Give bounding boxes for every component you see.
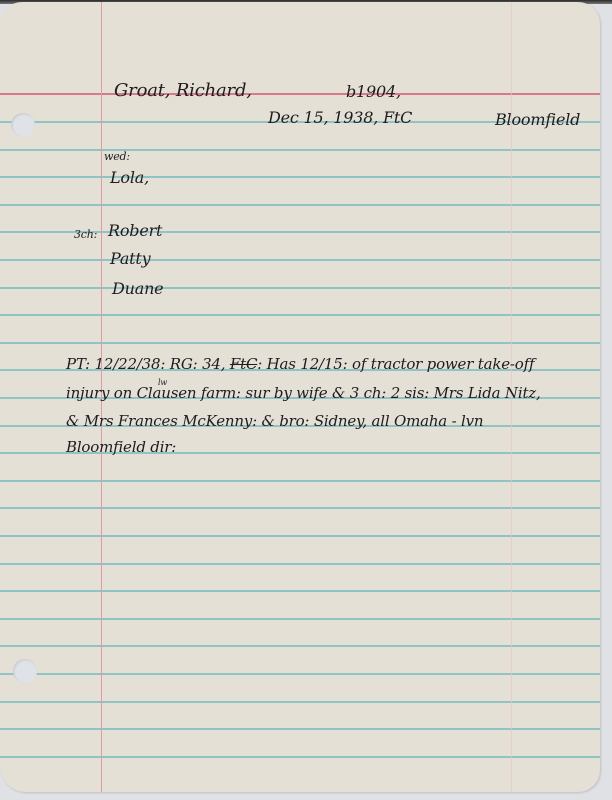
ruled-line xyxy=(0,535,600,537)
ruled-line xyxy=(0,176,600,178)
ruled-line xyxy=(0,590,600,592)
ruled-line xyxy=(0,645,600,647)
ruled-line xyxy=(0,149,600,151)
place-text: Bloomfield xyxy=(495,110,580,129)
name-text: Groat, Richard, xyxy=(114,80,252,101)
notes-line-1-struck: FtC xyxy=(230,355,257,373)
ruled-line xyxy=(0,673,600,675)
ruled-line xyxy=(0,756,600,758)
ruled-line xyxy=(0,728,600,730)
ruled-line xyxy=(0,287,600,289)
spouse-label: wed: xyxy=(104,150,130,163)
notes-line-2: injury on Clausen farm: sur by wife & 3 … xyxy=(66,384,541,402)
child-name: Patty xyxy=(110,249,151,268)
ruled-line xyxy=(0,314,600,316)
ruled-line xyxy=(0,701,600,703)
notes-line-3: & Mrs Frances McKenny: & bro: Sidney, al… xyxy=(66,412,483,430)
child-name: Duane xyxy=(112,279,163,298)
spouse-name: Lola, xyxy=(110,168,149,187)
top-red-rule xyxy=(0,93,600,95)
ruled-line xyxy=(0,204,600,206)
notes-line-1: PT: 12/22/38: RG: 34, FtC: Has 12/15: of… xyxy=(66,355,534,373)
birth-text: b1904, xyxy=(346,82,401,101)
notes-line-4: Bloomfield dir: xyxy=(66,438,176,456)
binder-hole xyxy=(13,659,37,683)
ruled-line xyxy=(0,342,600,344)
ruled-line xyxy=(0,507,600,509)
notes-line-1-part-a: PT: 12/22/38: RG: 34, xyxy=(66,355,225,373)
ruled-line xyxy=(0,259,600,261)
binder-hole xyxy=(11,113,35,137)
ruled-line xyxy=(0,563,600,565)
ruled-line xyxy=(0,480,600,482)
death-text: Dec 15, 1938, FtC xyxy=(268,108,412,127)
notebook-paper: Groat, Richard, b1904, Dec 15, 1938, FtC… xyxy=(0,2,600,792)
notes-line-1-part-c: : Has 12/15: of tractor power take-off xyxy=(257,355,534,373)
children-label: 3ch: xyxy=(74,228,97,241)
ruled-line xyxy=(0,618,600,620)
scanned-page: Groat, Richard, b1904, Dec 15, 1938, FtC… xyxy=(0,0,612,800)
child-name: Robert xyxy=(108,221,162,240)
